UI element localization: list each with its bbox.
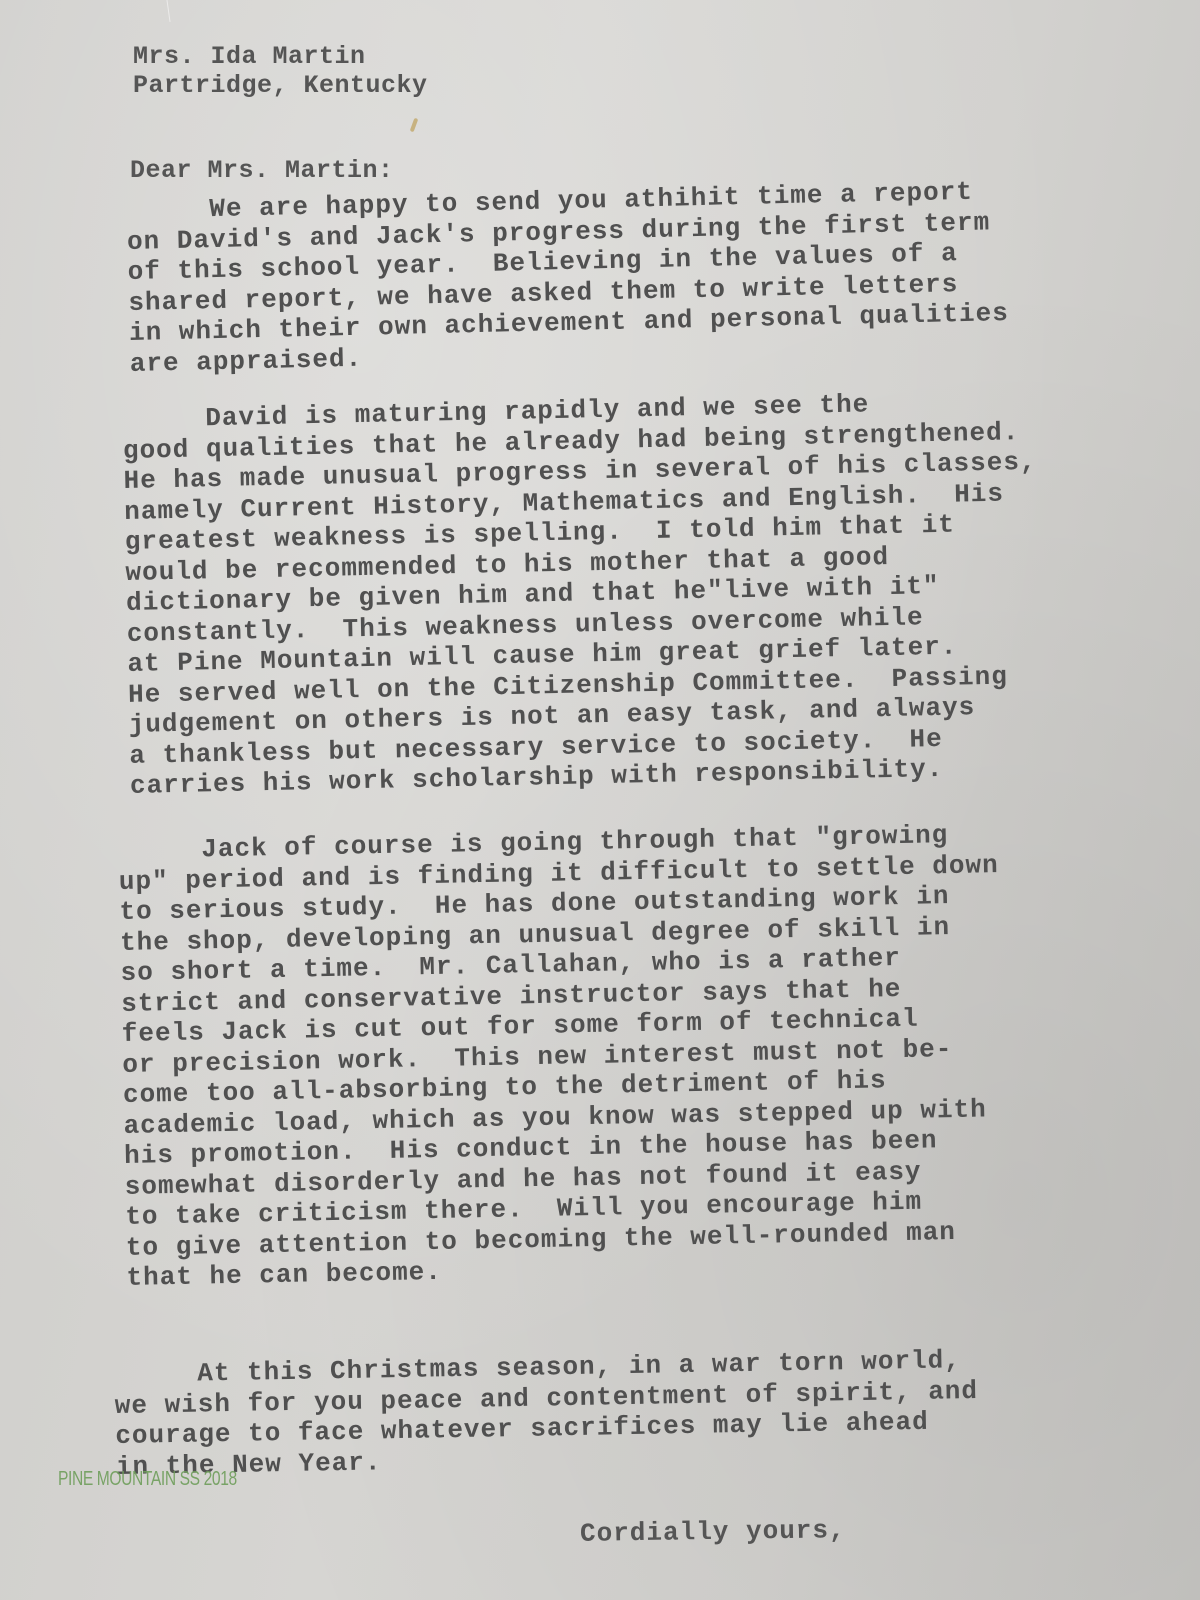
closing: Cordially yours, [580, 1515, 846, 1549]
paper-speck [410, 118, 419, 133]
watermark: PINE MOUNTAIN SS 2018 [58, 1468, 237, 1491]
paragraph-david: David is maturing rapidly and we see the… [122, 386, 1043, 802]
salutation: Dear Mrs. Martin: [130, 156, 394, 185]
recipient-name: Mrs. Ida Martin [133, 42, 428, 71]
paragraph-intro: We are happy to send you athihit time a … [126, 176, 1010, 379]
paragraph-jack: Jack of course is going through that "gr… [118, 819, 1007, 1293]
paper-crease [166, 0, 170, 22]
recipient-location: Partridge, Kentucky [133, 71, 428, 100]
paragraph-christmas: At this Christmas season, in a war torn … [114, 1345, 979, 1482]
letter-page: Mrs. Ida Martin Partridge, Kentucky Dear… [0, 0, 1200, 1600]
recipient-address: Mrs. Ida Martin Partridge, Kentucky [133, 42, 428, 100]
